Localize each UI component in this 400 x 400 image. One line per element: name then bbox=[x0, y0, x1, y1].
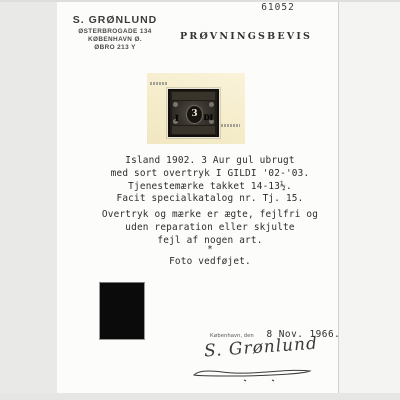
page-bottom-edge bbox=[0, 393, 400, 400]
page-top-edge bbox=[0, 0, 400, 2]
stamp-center-design: 3 I DI bbox=[172, 101, 215, 125]
attestation-line: Overtryk og mærke er ægte, fejlfri og bbox=[60, 209, 360, 222]
description-block: Island 1902. 3 Aur gul ubrugt med sort o… bbox=[60, 155, 360, 206]
signature-flourish-underline bbox=[192, 364, 322, 384]
stamp-denomination-band: 3 AUR bbox=[172, 126, 215, 134]
pencil-annotation-right bbox=[221, 124, 240, 127]
redaction-block bbox=[99, 282, 145, 340]
stamp-image: ISLAND 3 I DI 3 AUR bbox=[167, 88, 220, 138]
stamp-rosette-icon bbox=[209, 102, 214, 107]
letterhead-name: S. GRØNLUND bbox=[70, 14, 160, 26]
photo-attached-note: Foto vedføjet. bbox=[60, 256, 360, 267]
letterhead-address-2: KØBENHAVN Ø. bbox=[70, 36, 160, 44]
separator-asterisk: * bbox=[60, 244, 360, 255]
attestation-line: uden reparation eller skjulte bbox=[60, 222, 360, 235]
stamp-overprint-left: I bbox=[175, 113, 179, 123]
certificate-number: 61052 bbox=[248, 2, 308, 13]
letterhead-address-3: ØBRO 213 Y bbox=[70, 44, 160, 52]
certificate-document: 61052 S. GRØNLUND ØSTERBROGADE 134 KØBEN… bbox=[0, 0, 400, 400]
attestation-block: Overtryk og mærke er ægte, fejlfri og ud… bbox=[60, 209, 360, 247]
description-line: Facit specialkatalog nr. Tj. 15. bbox=[60, 193, 360, 206]
stamp-frame: ISLAND 3 I DI 3 AUR bbox=[168, 89, 219, 137]
stamp-country-band: ISLAND bbox=[172, 92, 215, 100]
stamp-overprint-right: DI bbox=[204, 113, 213, 122]
stamp-rosette-icon bbox=[173, 102, 178, 107]
description-line: Island 1902. 3 Aur gul ubrugt bbox=[60, 155, 360, 168]
stamp-numeral: 3 bbox=[186, 105, 203, 124]
description-line: Tjenestemærke takket 14-13½. bbox=[60, 181, 360, 194]
letterhead-address-1: ØSTERBROGADE 134 bbox=[70, 28, 160, 36]
description-line: med sort overtryk I GILDI '02-'03. bbox=[60, 168, 360, 181]
letterhead: S. GRØNLUND ØSTERBROGADE 134 KØBENHAVN Ø… bbox=[70, 14, 160, 52]
document-title: PRØVNINGSBEVIS bbox=[180, 31, 340, 42]
pencil-annotation-left bbox=[150, 82, 167, 85]
